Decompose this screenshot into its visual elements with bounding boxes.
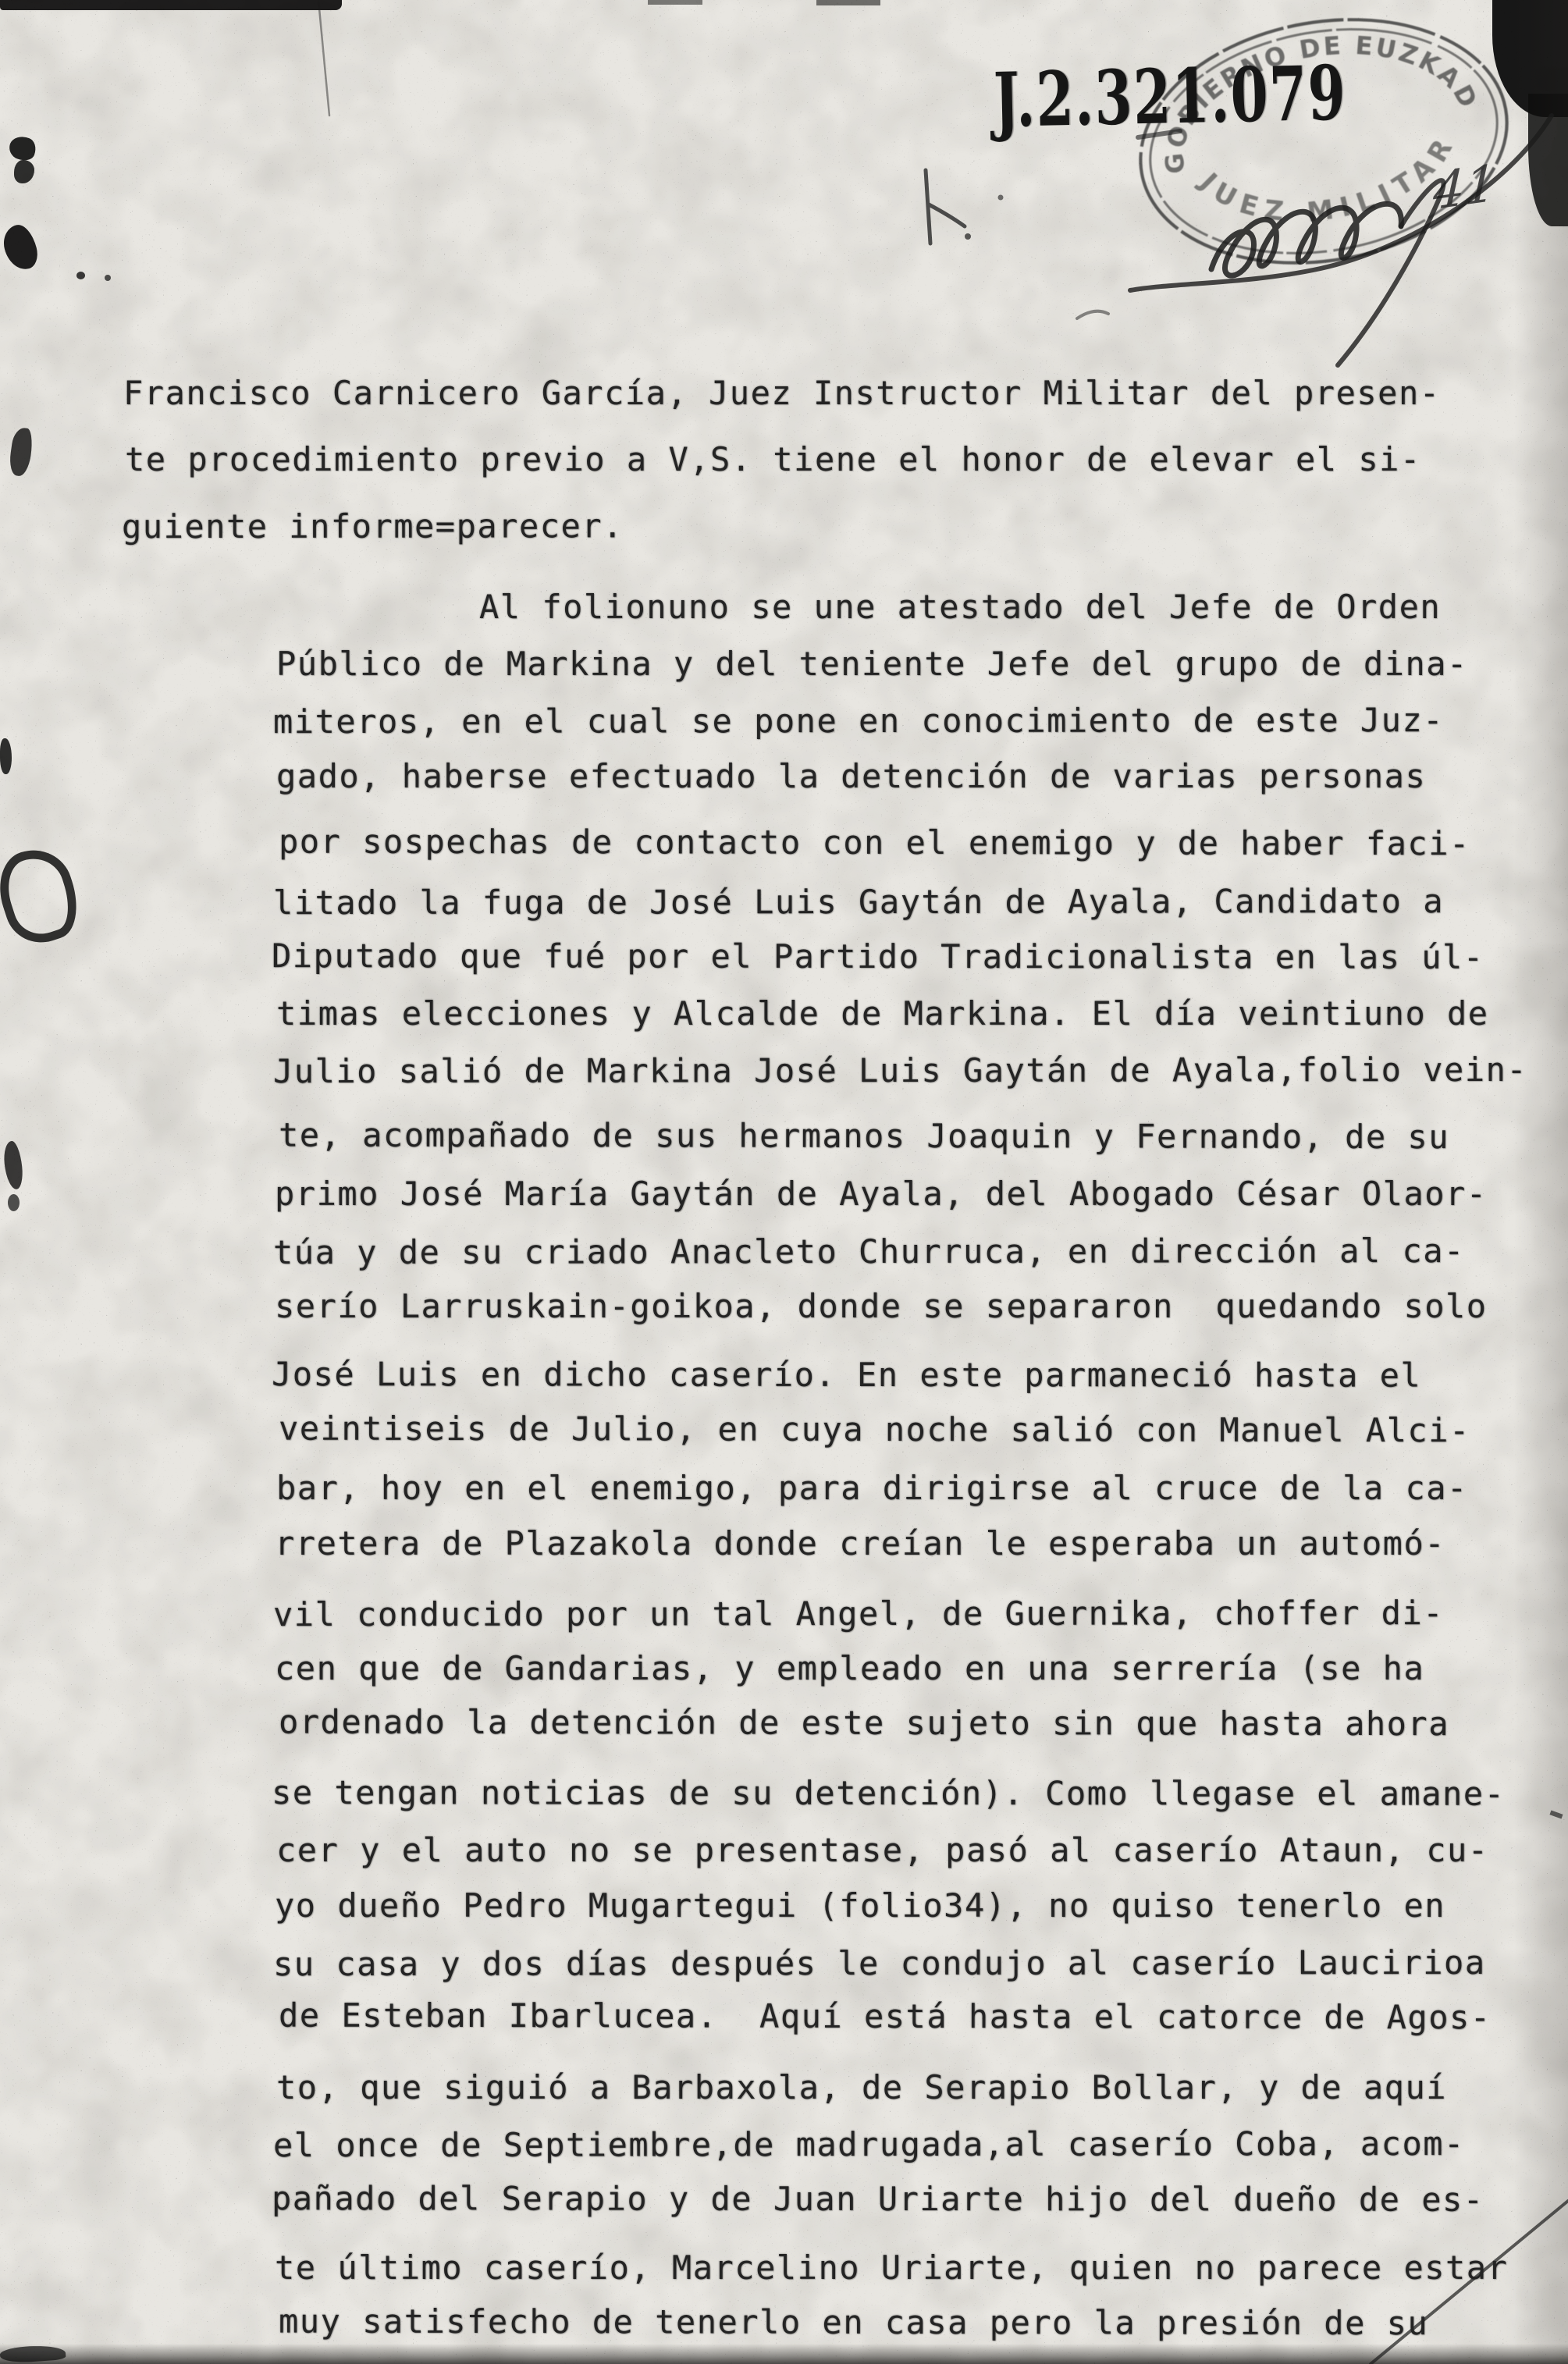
text-line: pañado del Serapio y de Juan Uriarte hij… (272, 2170, 1526, 2228)
text-line: yo dueño Pedro Mugartegui (folio34), no … (275, 1878, 1529, 1934)
handwritten-page-number: 41 (1432, 155, 1497, 222)
text-line: guiente informe=parecer. (122, 492, 1439, 560)
body-paragraph: Al folionuno se une atestado del Jefe de… (275, 579, 1529, 2352)
text-line: bar, hoy en el enemigo, para dirigirse a… (276, 1460, 1531, 1516)
text-line: veintiseis de Julio, en cuya noche salió… (279, 1401, 1533, 1459)
ink-speck (76, 272, 85, 279)
text-line: serío Larruskain-goikoa, donde se separa… (275, 1278, 1529, 1335)
text-line: primo José María Gaytán de Ayala, del Ab… (275, 1166, 1529, 1222)
text-line: su casa y dos días después le condujo al… (273, 1935, 1527, 1993)
ink-blot (2, 1140, 24, 1190)
text-line: te procedimiento previo a V,S. tiene el … (125, 427, 1442, 492)
text-line: te, acompañado de sus hermanos Joaquin y… (279, 1107, 1533, 1166)
handwritten-tick-mark (926, 170, 965, 244)
text-line: de Esteban Ibarlucea. Aquí está hasta el… (279, 1988, 1533, 2046)
text-line: Al folionuno se une atestado del Jefe de… (275, 579, 1529, 635)
text-line: miteros, en el cual se pone en conocimie… (273, 692, 1527, 750)
text-line: por sospechas de contacto con el enemigo… (279, 814, 1533, 873)
text-line: Francisco Carnicero García, Juez Instruc… (123, 361, 1441, 426)
text-line: gado, haberse efectuado la detención de … (276, 748, 1531, 805)
text-line: Julio salió de Markina José Luis Gaytán … (273, 1042, 1527, 1100)
text-line: rretera de Plazakola donde creían le esp… (275, 1516, 1529, 1572)
pen-dot (965, 233, 971, 240)
text-line: litado la fuga de José Luis Gaytán de Ay… (273, 873, 1527, 931)
text-line: cer y el auto no se presentase, pasó al … (276, 1822, 1531, 1879)
pen-curve (1077, 311, 1108, 318)
scan-edge-top (816, 0, 880, 5)
text-line: ordenado la detención de este sujeto sin… (279, 1694, 1533, 1753)
ink-speck (105, 275, 111, 281)
text-line: muy satisfecho de tenerlo en casa pero l… (279, 2294, 1533, 2352)
ink-speck (8, 1194, 20, 1211)
scratch-line (318, 0, 329, 116)
text-line: José Luis en dicho caserío. En este parm… (272, 1346, 1526, 1404)
official-stamp-euzkadi: GOBIERNO DE EUZKADI JUEZ MILITAR (1112, 0, 1534, 309)
ink-blot (8, 426, 34, 477)
ink-blot (14, 160, 34, 183)
ink-scribble-loop (0, 840, 87, 951)
text-line: timas elecciones y Alcalde de Markina. E… (276, 986, 1531, 1042)
stamped-registry-number: J.2.321.079 (993, 49, 1347, 144)
ink-blot (0, 738, 12, 774)
text-line: Público de Markina y del teniente Jefe d… (276, 636, 1531, 692)
text-line: cen que de Gandarias, y empleado en una … (275, 1641, 1529, 1697)
text-line: vil conducido por un tal Angel, de Guern… (273, 1585, 1527, 1643)
opening-paragraph: Francisco Carnicero García, Juez Instruc… (123, 361, 1441, 557)
text-line: te último caserío, Marcelino Uriarte, qu… (275, 2240, 1529, 2296)
ink-blot (0, 222, 41, 273)
text-line: túa y de su criado Anacleto Churruca, en… (273, 1223, 1527, 1281)
svg-text:JUEZ MILITAR: JUEZ MILITAR (1189, 123, 1474, 249)
text-line: Diputado que fué por el Partido Tradicio… (272, 928, 1526, 986)
scan-edge-top (648, 0, 702, 5)
text-line: to, que siguió a Barbaxola, de Serapio B… (276, 2060, 1531, 2116)
scanned-document-page: GOBIERNO DE EUZKADI JUEZ MILITAR J.2.321… (0, 0, 1568, 2364)
stamp-arc-bottom-text: JUEZ MILITAR (1189, 123, 1474, 249)
text-line: el once de Septiembre,de madrugada,al ca… (273, 2116, 1527, 2174)
text-line: se tengan noticias de su detención). Com… (272, 1765, 1526, 1822)
ink-blot (6, 133, 39, 164)
scan-edge-top (0, 0, 342, 10)
pen-dot (998, 195, 1004, 201)
